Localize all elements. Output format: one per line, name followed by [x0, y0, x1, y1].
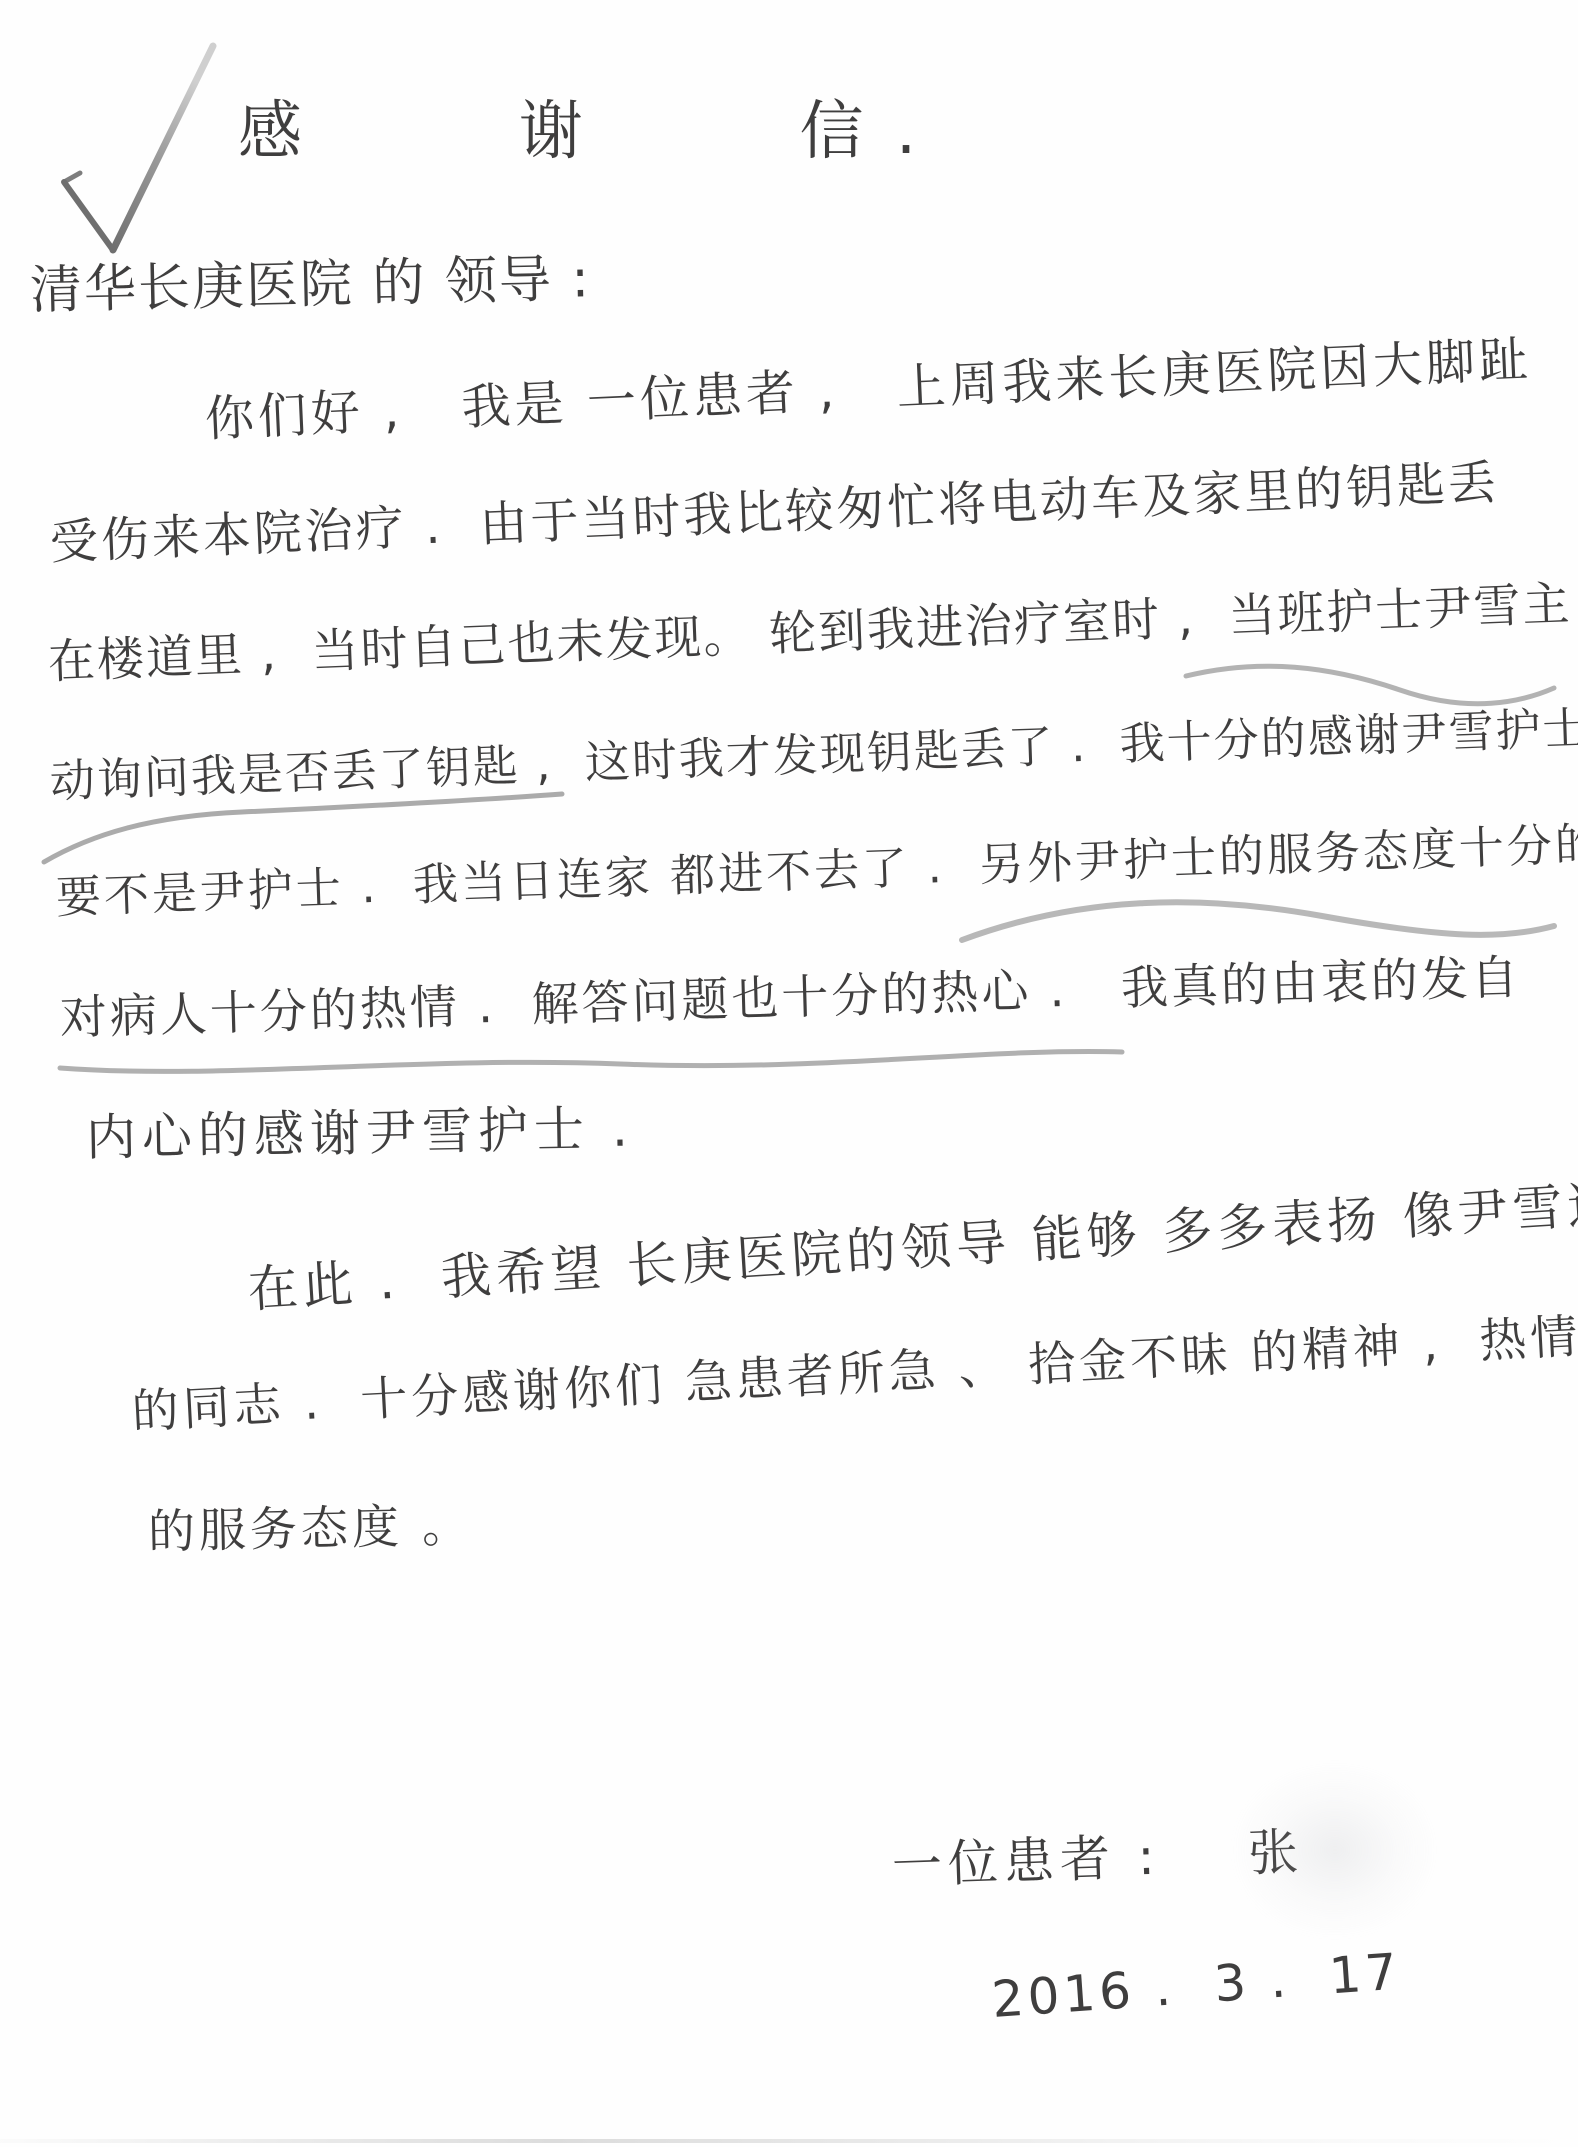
- letter-line: 受伤来本院治疗 . 由于当时我比较匆忙将电动车及家里的钥匙丢: [49, 455, 1500, 571]
- pencil-checkmark-icon: [64, 46, 213, 250]
- letter-line: 动询问我是否丢了钥匙 , 这时我才发现钥匙丢了 . 我十分的感谢尹雪护士 .: [49, 701, 1578, 808]
- letter-line: 的同志 . 十分感谢你们 急患者所急 、 拾金不昧 的精神 , 热情: [131, 1310, 1578, 1440]
- scan-edge-artifact: [0, 2139, 1578, 2143]
- letter-line: 在楼道里 , 当时自己也未发现。 轮到我进治疗室时 , 当班护士尹雪主: [47, 577, 1572, 690]
- scanned-letter-page: 感 谢 信 . 清华长庚医院 的 领导 : 你们好 , 我是 一位患者 , 上周…: [0, 0, 1578, 2147]
- letter-line: 对病人十分的热情 . 解答问题也十分的热心 . 我真的由衷的发自: [59, 951, 1521, 1046]
- pencil-underline-3: [962, 902, 1554, 940]
- letter-date: 2016 . 3 . 17: [990, 1943, 1403, 2029]
- letter-line: 内心的感谢尹雪护士 .: [85, 1100, 634, 1167]
- pencil-underline-4: [60, 1052, 1122, 1072]
- letter-line: 要不是尹护士 . 我当日连家 都进不去了 . 另外尹护士的服务态度十分的好: [55, 816, 1578, 923]
- erased-name-smudge: [1230, 1760, 1440, 1940]
- pencil-underline-1: [1186, 666, 1554, 704]
- letter-title: 感 谢 信 .: [238, 96, 922, 170]
- letter-salutation: 清华长庚医院 的 领导 :: [29, 250, 591, 322]
- letter-line: 在此 . 我希望 长庚医院的领导 能够 多多表扬 像尹雪这样: [246, 1172, 1578, 1319]
- letter-line: 的服务态度 。: [147, 1499, 473, 1560]
- letter-line: 你们好 , 我是 一位患者 , 上周我来长庚医院因大脚趾: [204, 332, 1534, 449]
